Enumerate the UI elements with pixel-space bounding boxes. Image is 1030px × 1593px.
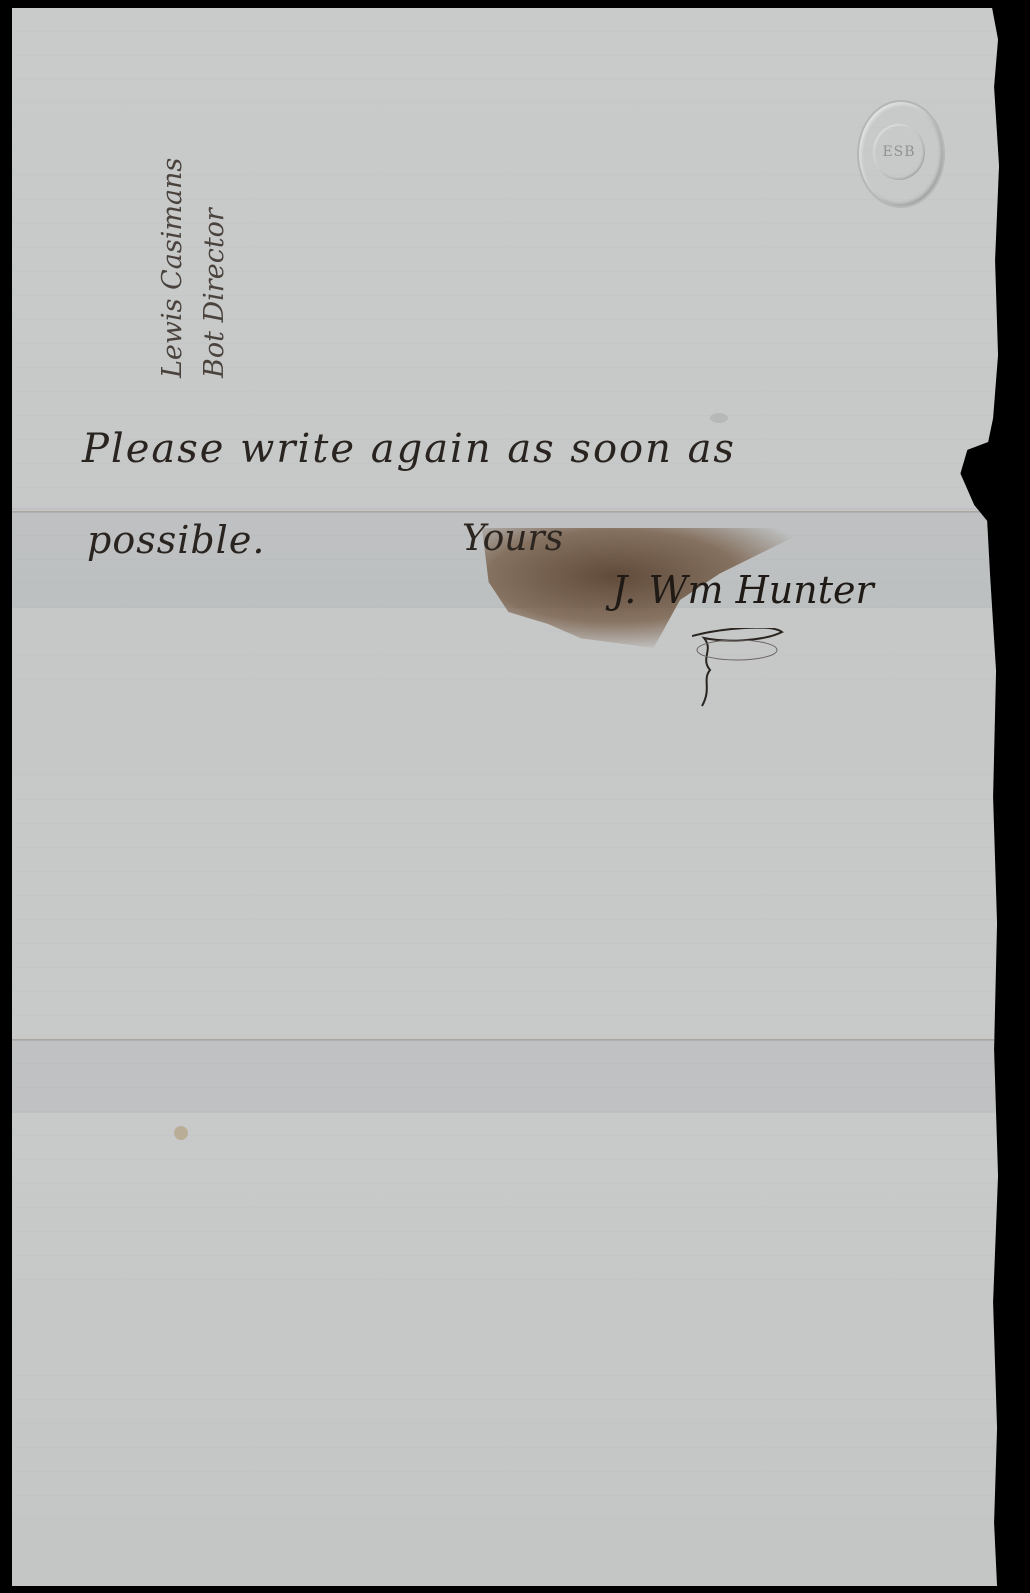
body-line-2: possible. (87, 518, 265, 562)
margin-note: Lewis Casimans Bot Director (152, 158, 236, 378)
body-line-1: Please write again as soon as (82, 426, 736, 472)
margin-note-line1: Lewis Casimans (152, 158, 194, 378)
fold-line-upper (12, 510, 1002, 513)
letter-page: ESB Lewis Casimans Bot Director Please w… (12, 8, 1002, 1586)
foxing-spot (174, 1126, 188, 1140)
fold-shadow-lower (12, 1038, 1002, 1113)
foxing-spot (710, 413, 728, 423)
closing: Yours (462, 518, 563, 559)
embossed-seal-icon: ESB (857, 100, 945, 208)
margin-note-line2: Bot Director (194, 158, 236, 378)
fold-line-lower (12, 1038, 1002, 1041)
seal-text: ESB (873, 124, 925, 180)
signature: J. Wm Hunter (612, 568, 874, 612)
signature-flourish-icon (692, 628, 792, 708)
